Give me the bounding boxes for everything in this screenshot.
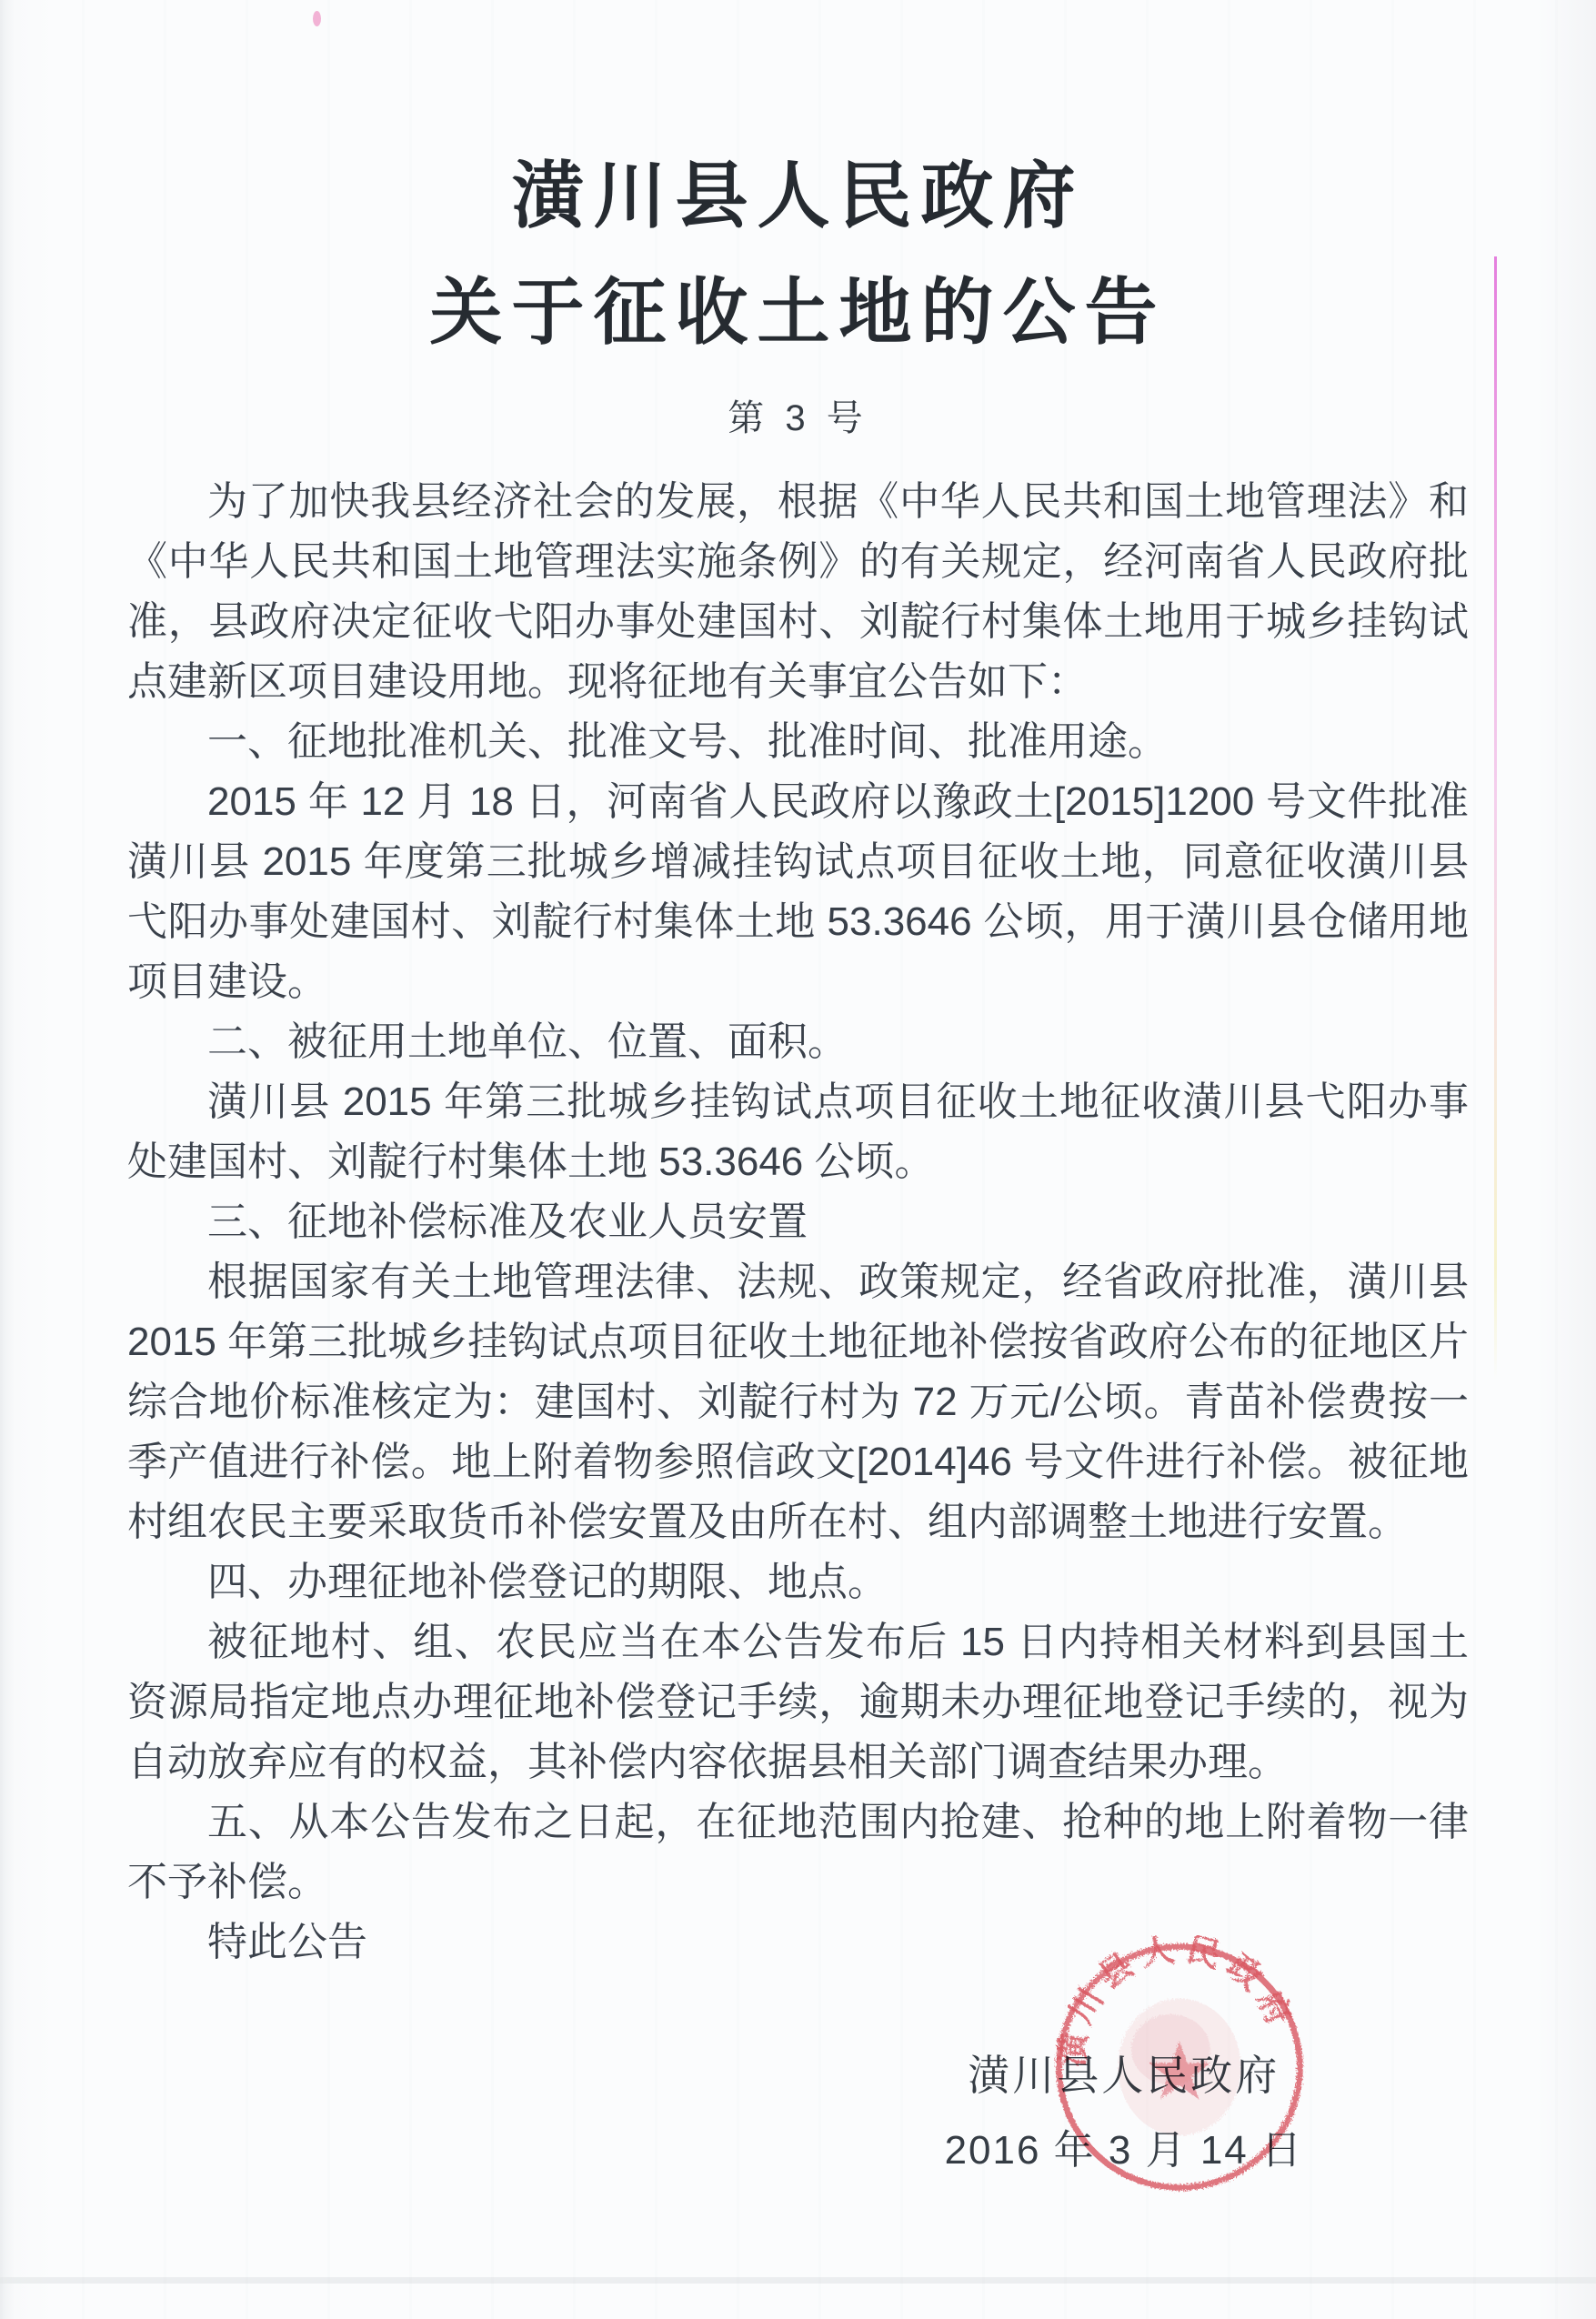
- paragraph-section4-heading: 四、办理征地补偿登记的期限、地点。: [127, 1552, 1469, 1612]
- document-body: 为了加快我县经济社会的发展，根据《中华人民共和国土地管理法》和《中华人民共和国土…: [127, 472, 1469, 1973]
- scan-shadow-bottom: [0, 2277, 1596, 2284]
- paragraph-intro: 为了加快我县经济社会的发展，根据《中华人民共和国土地管理法》和《中华人民共和国土…: [127, 472, 1469, 712]
- scan-artifact-dot: [313, 11, 321, 26]
- paragraph-section2-heading: 二、被征用土地单位、位置、面积。: [127, 1012, 1469, 1072]
- paragraph-section2-body: 潢川县 2015 年第三批城乡挂钩试点项目征收土地征收潢川县弋阳办事处建国村、刘…: [127, 1072, 1469, 1192]
- document-number: 第 3 号: [0, 389, 1596, 441]
- paragraph-section5: 五、从本公告发布之日起，在征地范围内抢建、抢种的地上附着物一律不予补偿。: [127, 1792, 1469, 1912]
- document-title-line2: 关于征收土地的公告: [0, 276, 1596, 349]
- document-page: 潢川县人民政府 关于征收土地的公告 第 3 号 为了加快我县经济社会的发展，根据…: [0, 0, 1596, 2319]
- scan-artifact-line: [1494, 256, 1497, 1380]
- paragraph-section3-heading: 三、征地补偿标准及农业人员安置: [127, 1192, 1469, 1252]
- official-seal: ★ 潢川县人民政府: [1048, 1935, 1311, 2199]
- document-title-line1: 潢川县人民政府: [0, 0, 1596, 233]
- star-icon: ★: [1143, 2025, 1216, 2116]
- paragraph-section1-heading: 一、征地批准机关、批准文号、批准时间、批准用途。: [127, 712, 1469, 772]
- paragraph-section1-body: 2015 年 12 月 18 日，河南省人民政府以豫政土[2015]1200 号…: [127, 772, 1469, 1012]
- paragraph-section3-body: 根据国家有关土地管理法律、法规、政策规定，经省政府批准，潢川县 2015 年第三…: [127, 1252, 1469, 1552]
- paragraph-section4-body: 被征地村、组、农民应当在本公告发布后 15 日内持相关材料到县国土资源局指定地点…: [127, 1612, 1469, 1792]
